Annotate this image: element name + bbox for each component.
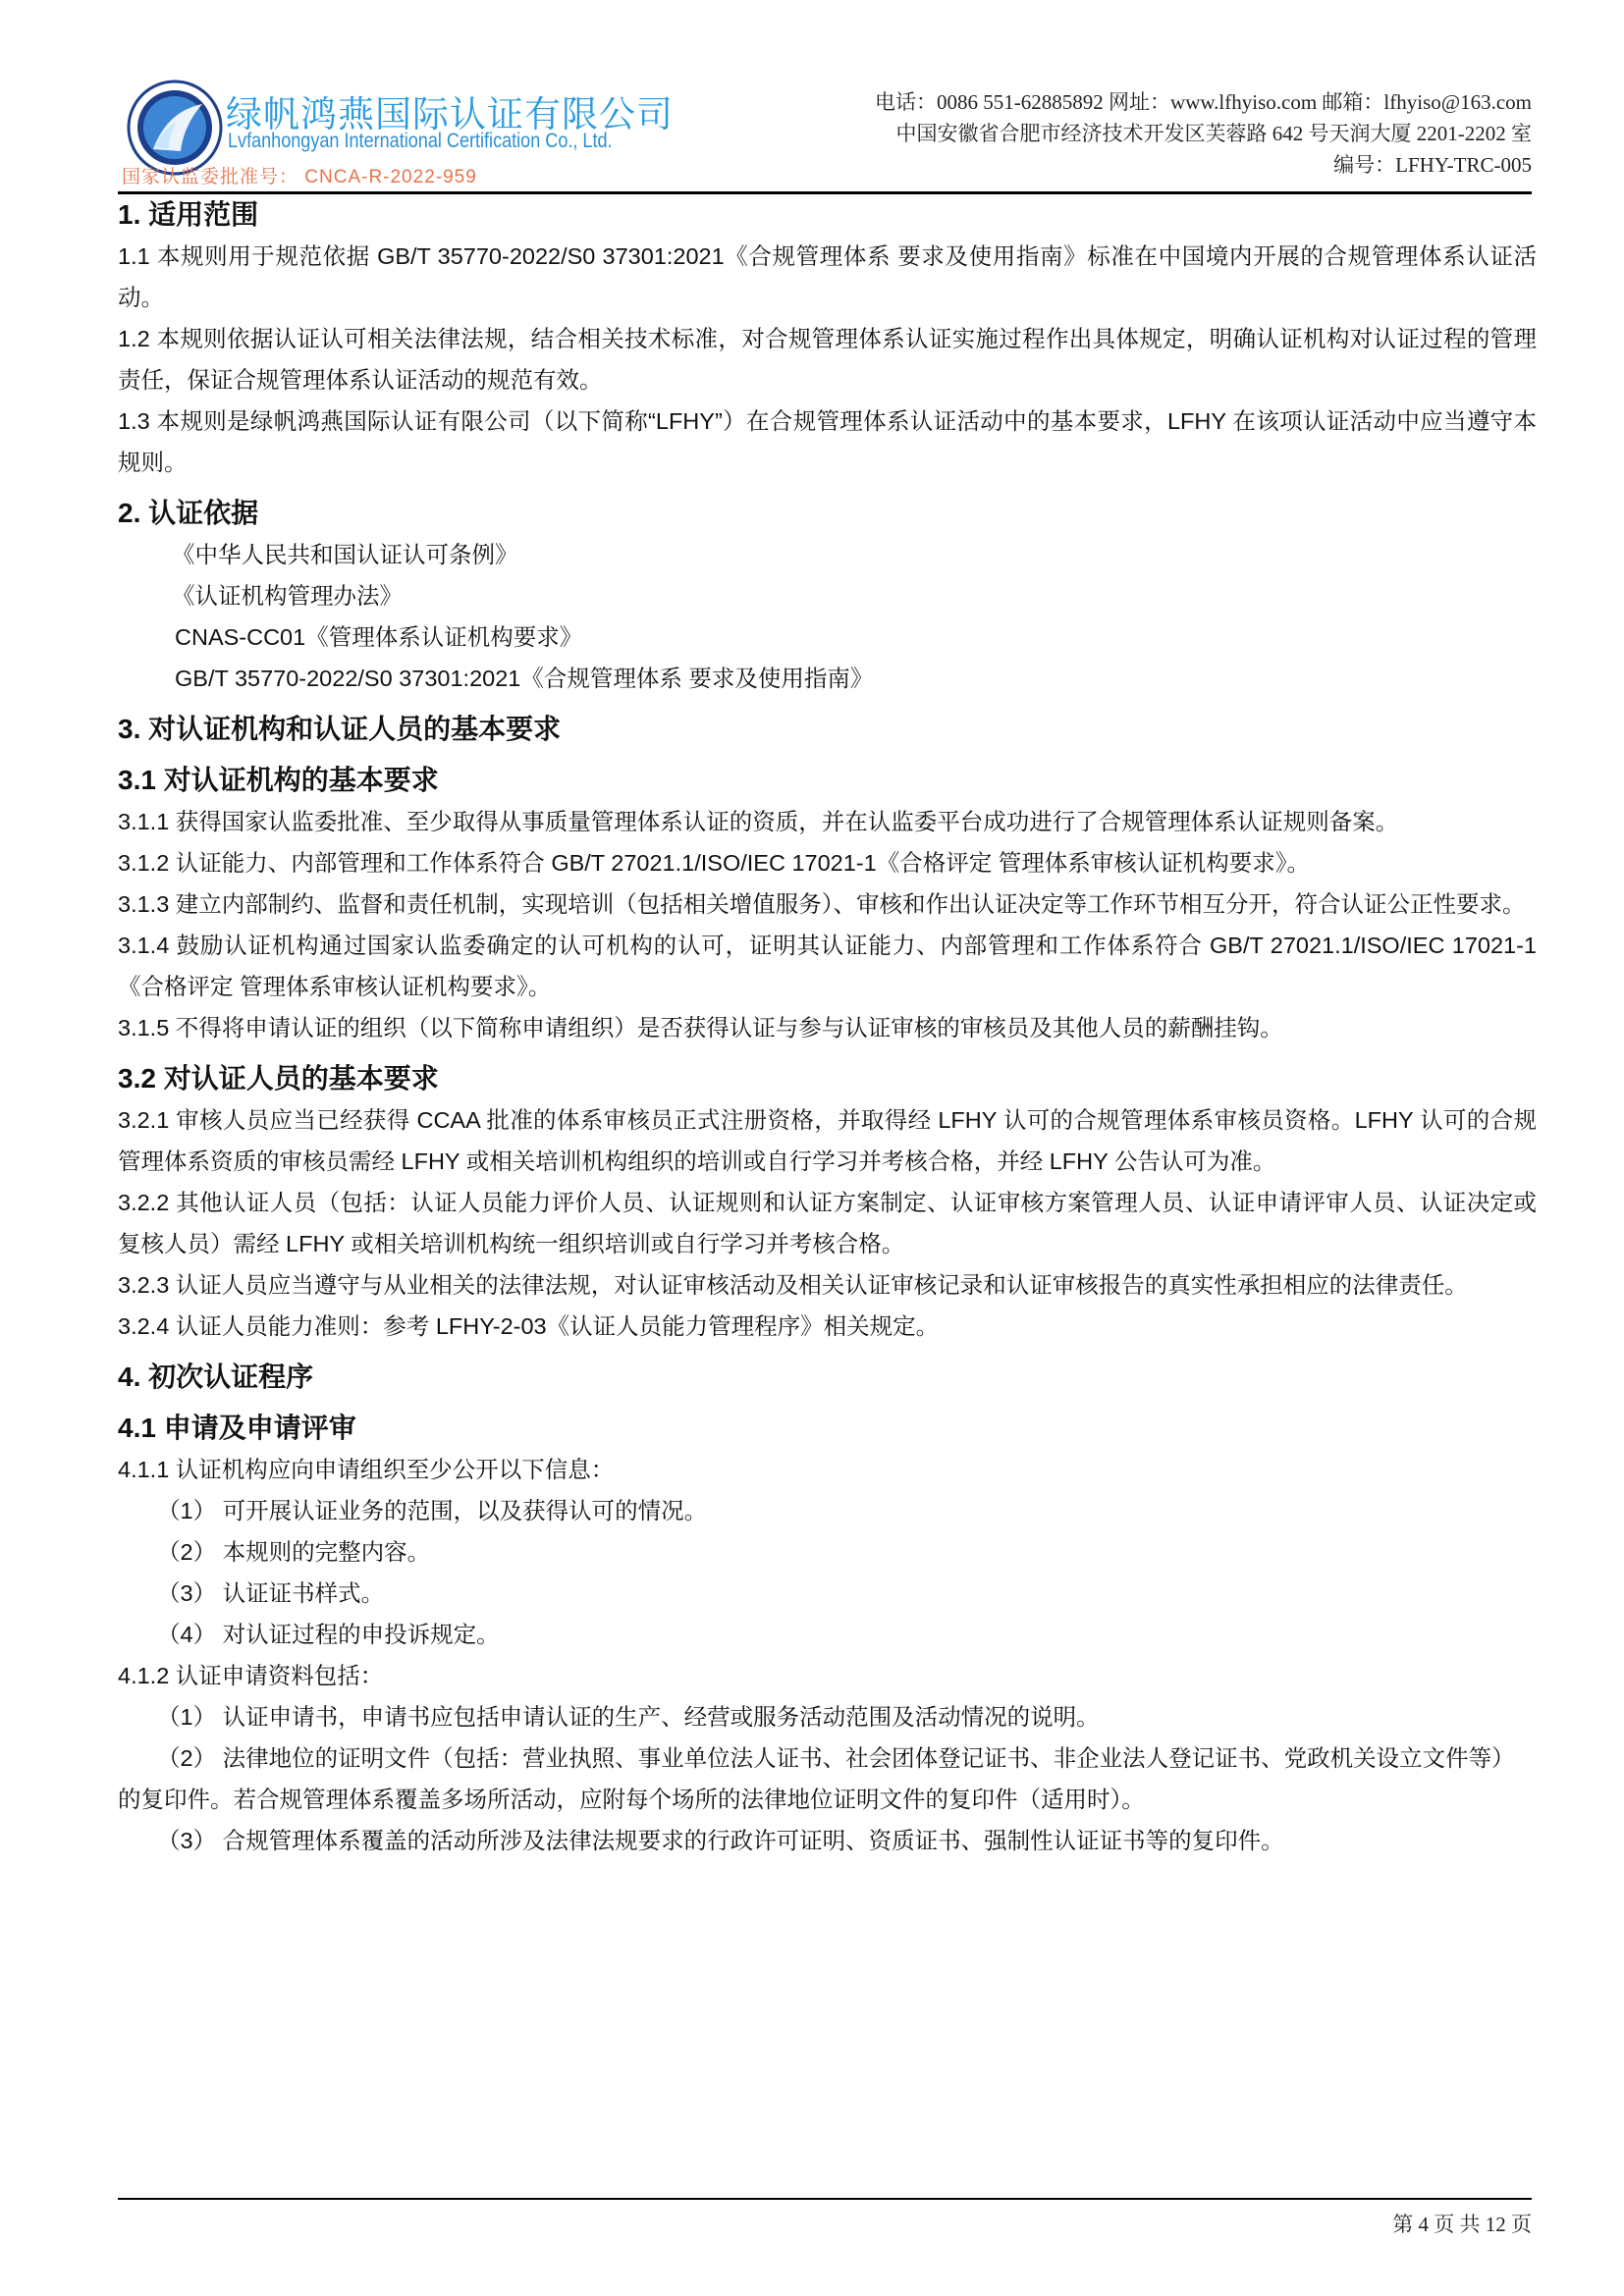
approval-number: 国家认监委批准号： CNCA-R-2022-959 [122,162,477,188]
clause-3-1-1: 3.1.1 获得国家认监委批准、至少取得从事质量管理体系认证的资质，并在认监委平… [118,801,1537,842]
company-logo: 绿帆鸿燕国际认证有限公司 Lvfanhongyan International … [118,69,628,191]
clause-3-2-4: 3.2.4 认证人员能力准则：参考 LFHY-2-03《认证人员能力管理程序》相… [118,1306,1537,1347]
section-heading-3: 3. 对认证机构和认证人员的基本要求 [118,709,1537,750]
document-number: 编号：LFHY-TRC-005 [875,149,1532,181]
subsection-heading-3-2: 3.2 对认证人员的基本要求 [118,1058,1537,1099]
clause-3-1-3: 3.1.3 建立内部制约、监督和责任机制，实现培训（包括相关增值服务）、审核和作… [118,883,1537,925]
contact-line: 电话：0086 551-62885892 网址：www.lfhyiso.com … [875,86,1532,118]
list-item: （2） 法律地位的证明文件（包括：营业执照、事业单位法人证书、社会团体登记证书、… [118,1737,1537,1820]
clause-4-1-1: 4.1.1 认证机构应向申请组织至少公开以下信息： [118,1449,1537,1490]
list-item: （1） 可开展认证业务的范围，以及获得认可的情况。 [118,1490,1537,1531]
clause-3-1-2: 3.1.2 认证能力、内部管理和工作体系符合 GB/T 27021.1/ISO/… [118,842,1537,883]
company-name-en: Lvfanhongyan International Certification… [228,130,613,153]
clause-3-2-1: 3.2.1 审核人员应当已经获得 CCAA 批准的体系审核员正式注册资格，并取得… [118,1099,1537,1182]
list-item: （2） 本规则的完整内容。 [118,1531,1537,1573]
clause-4-1-2: 4.1.2 认证申请资料包括： [118,1655,1537,1696]
section-heading-4: 4. 初次认证程序 [118,1357,1537,1398]
subsection-heading-3-1: 3.1 对认证机构的基本要求 [118,760,1537,801]
paragraph-1-3: 1.3 本规则是绿帆鸿燕国际认证有限公司（以下简称“LFHY”）在合规管理体系认… [118,400,1537,483]
list-item: （4） 对认证过程的申投诉规定。 [118,1614,1537,1655]
section-heading-1: 1. 适用范围 [118,194,1537,236]
subsection-heading-4-1: 4.1 申请及申请评审 [118,1408,1537,1449]
page-number: 第 4 页 共 12 页 [1392,2209,1532,2238]
list-item: （1） 认证申请书，申请书应包括申请认证的生产、经营或服务活动范围及活动情况的说… [118,1696,1537,1737]
reference-item: 《中华人民共和国认证认可条例》 [118,534,1537,575]
paragraph-1-2: 1.2 本规则依据认证认可相关法律法规，结合相关技术标准，对合规管理体系认证实施… [118,318,1537,400]
list-item: （3） 合规管理体系覆盖的活动所涉及法律法规要求的行政许可证明、资质证书、强制性… [118,1820,1537,1861]
clause-3-1-4: 3.1.4 鼓励认证机构通过国家认监委确定的认可机构的认可，证明其认证能力、内部… [118,925,1537,1007]
clause-3-2-3: 3.2.3 认证人员应当遵守与从业相关的法律法规，对认证审核活动及相关认证审核记… [118,1264,1537,1306]
page-header: 绿帆鸿燕国际认证有限公司 Lvfanhongyan International … [118,69,1532,191]
footer-divider [118,2198,1532,2200]
address-line: 中国安徽省合肥市经济技术开发区芙蓉路 642 号天润大厦 2201-2202 室 [875,118,1532,149]
paragraph-1-1: 1.1 本规则用于规范依据 GB/T 35770-2022/S0 37301:2… [118,236,1537,318]
list-item: （3） 认证证书样式。 [118,1573,1537,1614]
reference-item: 《认证机构管理办法》 [118,575,1537,616]
clause-3-1-5: 3.1.5 不得将申请认证的组织（以下简称申请组织）是否获得认证与参与认证审核的… [118,1007,1537,1048]
contact-info: 电话：0086 551-62885892 网址：www.lfhyiso.com … [875,86,1532,181]
clause-3-2-2: 3.2.2 其他认证人员（包括：认证人员能力评价人员、认证规则和认证方案制定、认… [118,1182,1537,1264]
section-heading-2: 2. 认证依据 [118,493,1537,534]
reference-item: CNAS-CC01《管理体系认证机构要求》 [118,616,1537,658]
document-body: 1. 适用范围 1.1 本规则用于规范依据 GB/T 35770-2022/S0… [118,194,1537,1861]
reference-item: GB/T 35770-2022/S0 37301:2021《合规管理体系 要求及… [118,658,1537,699]
